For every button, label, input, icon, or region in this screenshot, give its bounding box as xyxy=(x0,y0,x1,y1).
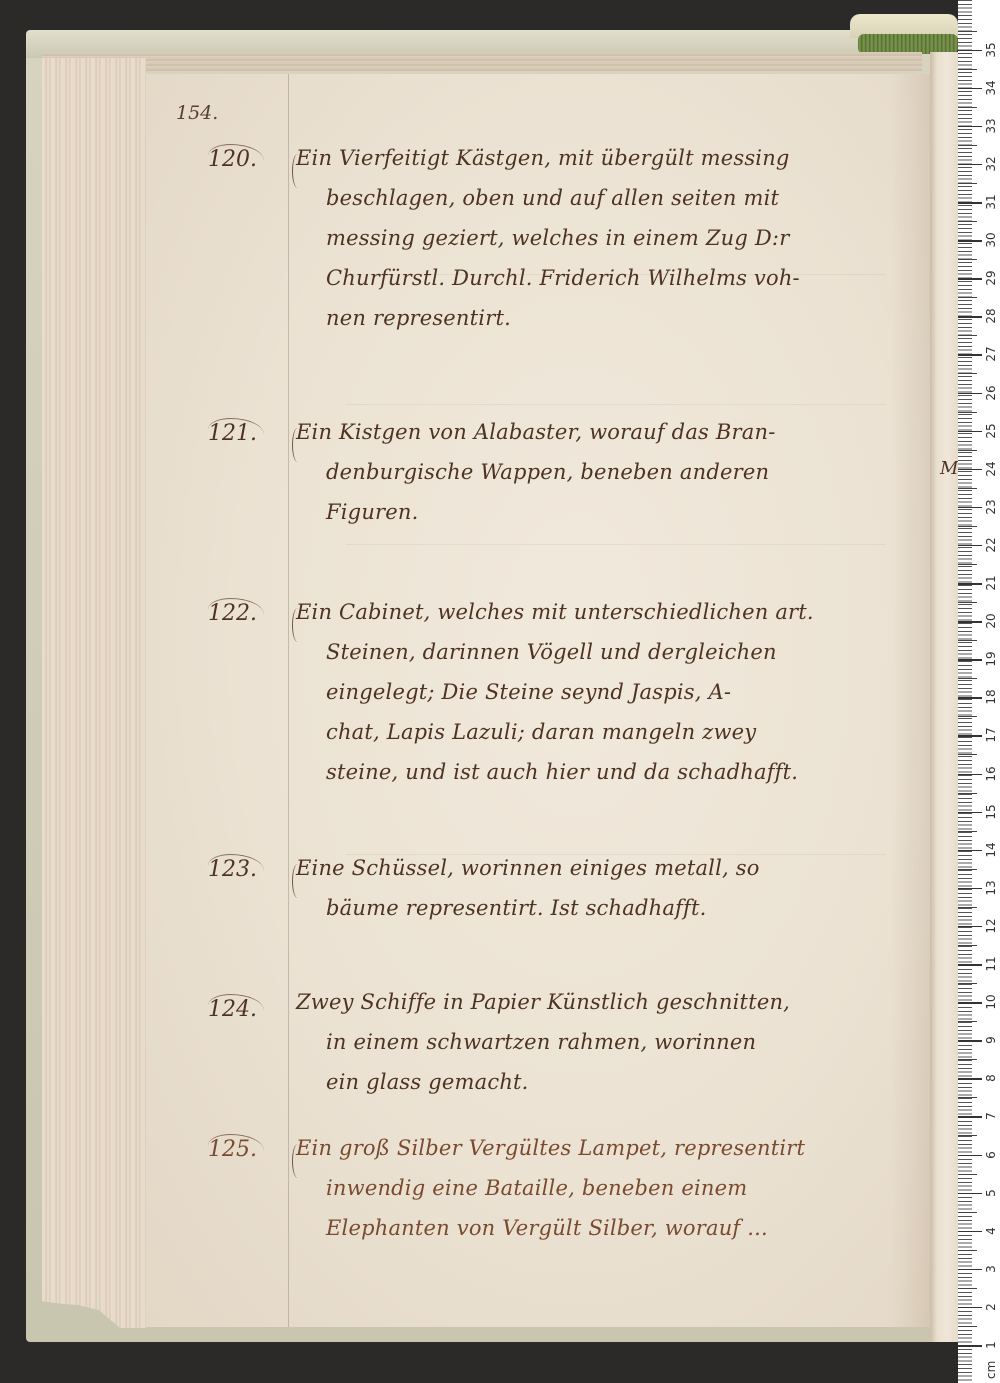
entry-line: Elephanten von Vergült Silber, worauf ..… xyxy=(326,1216,768,1240)
entry-line: messing geziert, welches in einem Zug D:… xyxy=(326,226,789,250)
ruler-cm-label: 35 xyxy=(981,41,1000,59)
entry-line: bäume representirt. Ist schadhafft. xyxy=(326,896,707,920)
ruler-cm-tick xyxy=(958,1155,982,1157)
entry-line: nen representirt. xyxy=(326,306,511,330)
entry-line: Zwey Schiffe in Papier Künstlich geschni… xyxy=(296,990,790,1014)
ruler-cm-label: 14 xyxy=(981,841,1000,859)
ruler-cm-label: 1 xyxy=(981,1336,1000,1354)
entry-line: steine, und ist auch hier und da schadha… xyxy=(326,760,798,784)
entry-number: 123. xyxy=(208,854,264,882)
ruler-half-tick xyxy=(958,488,977,489)
ruler-cm-label: 29 xyxy=(981,269,1000,287)
ruler-cm-label: 10 xyxy=(981,993,1000,1011)
ruler-cm-label: 4 xyxy=(981,1222,1000,1240)
ruler-cm-label: 24 xyxy=(981,460,1000,478)
ruler-cm-label: 5 xyxy=(981,1184,1000,1202)
ruler-cm-tick xyxy=(958,316,982,318)
ruler-cm-label: 32 xyxy=(981,155,1000,173)
ruler-cm-label: 12 xyxy=(981,917,1000,935)
manuscript-page: 154. 120. Ein Vierfeitigt Kästgen, mit ü… xyxy=(146,74,930,1327)
entry-line: eingelegt; Die Steine seynd Jaspis, A- xyxy=(326,680,731,704)
entry-line: denburgische Wappen, beneben anderen xyxy=(326,460,769,484)
ruler-cm-label: 7 xyxy=(981,1107,1000,1125)
ruler-cm-tick xyxy=(958,469,982,471)
ruler-cm-tick xyxy=(958,1307,982,1309)
ruler-half-tick xyxy=(958,1135,977,1136)
entry-line: ein glass gemacht. xyxy=(326,1070,529,1094)
ruler-cm-label: 3 xyxy=(981,1260,1000,1278)
ruler-cm-tick xyxy=(958,164,982,166)
ruler-cm-label: 9 xyxy=(981,1031,1000,1049)
ruler-cm-label: 13 xyxy=(981,879,1000,897)
ruler-half-tick xyxy=(958,869,977,870)
ruler-cm-tick xyxy=(958,888,982,890)
entry-line: Figuren. xyxy=(326,500,419,524)
ruler-cm-tick xyxy=(958,774,982,776)
ruler-cm-label: 11 xyxy=(981,955,1000,973)
ruler-half-tick xyxy=(958,564,977,565)
ruler-cm-label: 30 xyxy=(981,231,1000,249)
ruler-cm-tick xyxy=(958,926,982,928)
ruler-half-tick xyxy=(958,221,977,222)
facing-page-fragment: M xyxy=(940,458,958,479)
entry-line: in einem schwartzen rahmen, worinnen xyxy=(326,1030,756,1054)
bleed-through xyxy=(346,854,886,855)
ruler-half-tick xyxy=(958,107,977,108)
page-stack-top-edge xyxy=(42,52,922,72)
ruler-cm-tick xyxy=(958,850,982,852)
ruler-cm-tick xyxy=(958,1078,982,1080)
ruler-cm-label: 16 xyxy=(981,765,1000,783)
ruler-half-tick xyxy=(958,1326,977,1327)
bleed-through xyxy=(346,404,886,405)
ruler-cm-label: 33 xyxy=(981,117,1000,135)
ruler-half-tick xyxy=(958,793,977,794)
entry-number: 122. xyxy=(208,598,264,626)
ruler-cm-tick xyxy=(958,621,982,623)
ruler-cm-tick xyxy=(958,240,982,242)
ruler-cm-tick xyxy=(958,697,982,699)
ruler-half-tick xyxy=(958,1021,977,1022)
entry-line: Steinen, darinnen Vögell und dergleichen xyxy=(326,640,777,664)
ruler-cm-tick xyxy=(958,964,982,966)
ruler-half-tick xyxy=(958,69,977,70)
cm-ruler: 1234567891011121314151617181920212223242… xyxy=(958,0,1000,1383)
ruler-half-tick xyxy=(958,983,977,984)
ruler-cm-label: 6 xyxy=(981,1146,1000,1164)
ruler-cm-tick xyxy=(958,354,982,356)
ruler-cm-tick xyxy=(958,126,982,128)
ruler-half-tick xyxy=(958,259,977,260)
ruler-cm-tick xyxy=(958,1040,982,1042)
ruler-half-tick xyxy=(958,907,977,908)
ruler-cm-label: 26 xyxy=(981,384,1000,402)
entry-line: Ein groß Silber Vergültes Lampet, repres… xyxy=(296,1136,805,1160)
ruler-cm-label: 27 xyxy=(981,345,1000,363)
ruler-cm-tick xyxy=(958,1193,982,1195)
ruler-half-tick xyxy=(958,602,977,603)
margin-rule xyxy=(288,74,289,1327)
ruler-cm-label: 22 xyxy=(981,536,1000,554)
entry-number: 125. xyxy=(208,1134,264,1162)
ruler-cm-tick xyxy=(958,659,982,661)
page-stack-edge xyxy=(42,58,146,1328)
ruler-cm-label: 34 xyxy=(981,79,1000,97)
ruler-half-tick xyxy=(958,1288,977,1289)
ruler-cm-tick xyxy=(958,507,982,509)
bleed-through xyxy=(346,544,886,545)
ruler-half-tick xyxy=(958,716,977,717)
entry-number: 121. xyxy=(208,418,264,446)
ruler-cm-tick xyxy=(958,1231,982,1233)
ruler-cm-tick xyxy=(958,1269,982,1271)
entry-line: Churfürstl. Durchl. Friderich Wilhelms v… xyxy=(326,266,800,290)
ruler-half-tick xyxy=(958,526,977,527)
ruler-half-tick xyxy=(958,1250,977,1251)
ruler-cm-label: 17 xyxy=(981,726,1000,744)
entry-line: Ein Cabinet, welches mit unterschiedlich… xyxy=(296,600,814,624)
ruler-cm-tick xyxy=(958,88,982,90)
ruler-cm-tick xyxy=(958,1002,982,1004)
ruler-half-tick xyxy=(958,450,977,451)
entry-line: beschlagen, oben und auf allen seiten mi… xyxy=(326,186,779,210)
ruler-cm-tick xyxy=(958,1116,982,1118)
ruler-half-tick xyxy=(958,1097,977,1098)
ruler-cm-tick xyxy=(958,431,982,433)
ruler-unit-label: cm xyxy=(981,1361,1000,1379)
ruler-half-tick xyxy=(958,640,977,641)
ruler-half-tick xyxy=(958,754,977,755)
headband xyxy=(858,34,958,54)
page-number: 154. xyxy=(176,102,218,124)
ruler-half-tick xyxy=(958,335,977,336)
entry-line: Ein Vierfeitigt Kästgen, mit übergült me… xyxy=(296,146,790,170)
ruler-half-tick xyxy=(958,678,977,679)
ruler-minor-ticks xyxy=(958,0,972,1383)
ruler-cm-label: 31 xyxy=(981,193,1000,211)
ruler-half-tick xyxy=(958,297,977,298)
entry-line: Ein Kistgen von Alabaster, worauf das Br… xyxy=(296,420,776,444)
entry-line: Eine Schüssel, worinnen einiges metall, … xyxy=(296,856,760,880)
ruler-cm-label: 18 xyxy=(981,688,1000,706)
ruler-cm-tick xyxy=(958,735,982,737)
ruler-half-tick xyxy=(958,145,977,146)
ruler-cm-tick xyxy=(958,583,982,585)
entry-number: 124. xyxy=(208,994,264,1022)
ruler-cm-tick xyxy=(958,393,982,395)
ruler-half-tick xyxy=(958,1174,977,1175)
ruler-half-tick xyxy=(958,412,977,413)
ruler-cm-label: 28 xyxy=(981,307,1000,325)
ruler-half-tick xyxy=(958,31,977,32)
ruler-cm-tick xyxy=(958,50,982,52)
entry-line: inwendig eine Bataille, beneben einem xyxy=(326,1176,747,1200)
ruler-half-tick xyxy=(958,1212,977,1213)
ruler-cm-label: 8 xyxy=(981,1069,1000,1087)
ruler-cm-label: 21 xyxy=(981,574,1000,592)
ruler-half-tick xyxy=(958,373,977,374)
ruler-half-tick xyxy=(958,831,977,832)
ruler-cm-label: 15 xyxy=(981,803,1000,821)
ruler-half-tick xyxy=(958,1059,977,1060)
ruler-cm-label: 20 xyxy=(981,612,1000,630)
ruler-cm-label: 2 xyxy=(981,1298,1000,1316)
entry-number: 120. xyxy=(208,144,264,172)
ruler-cm-label: 25 xyxy=(981,422,1000,440)
ruler-cm-tick xyxy=(958,545,982,547)
ruler-cm-tick xyxy=(958,278,982,280)
ruler-cm-label: 19 xyxy=(981,650,1000,668)
ruler-half-tick xyxy=(958,945,977,946)
ruler-half-tick xyxy=(958,183,977,184)
ruler-cm-tick xyxy=(958,812,982,814)
facing-page-sliver: M xyxy=(930,52,958,1342)
ruler-cm-label: 23 xyxy=(981,498,1000,516)
ruler-cm-tick xyxy=(958,1345,982,1347)
entry-line: chat, Lapis Lazuli; daran mangeln zwey xyxy=(326,720,756,744)
ruler-cm-tick xyxy=(958,202,982,204)
